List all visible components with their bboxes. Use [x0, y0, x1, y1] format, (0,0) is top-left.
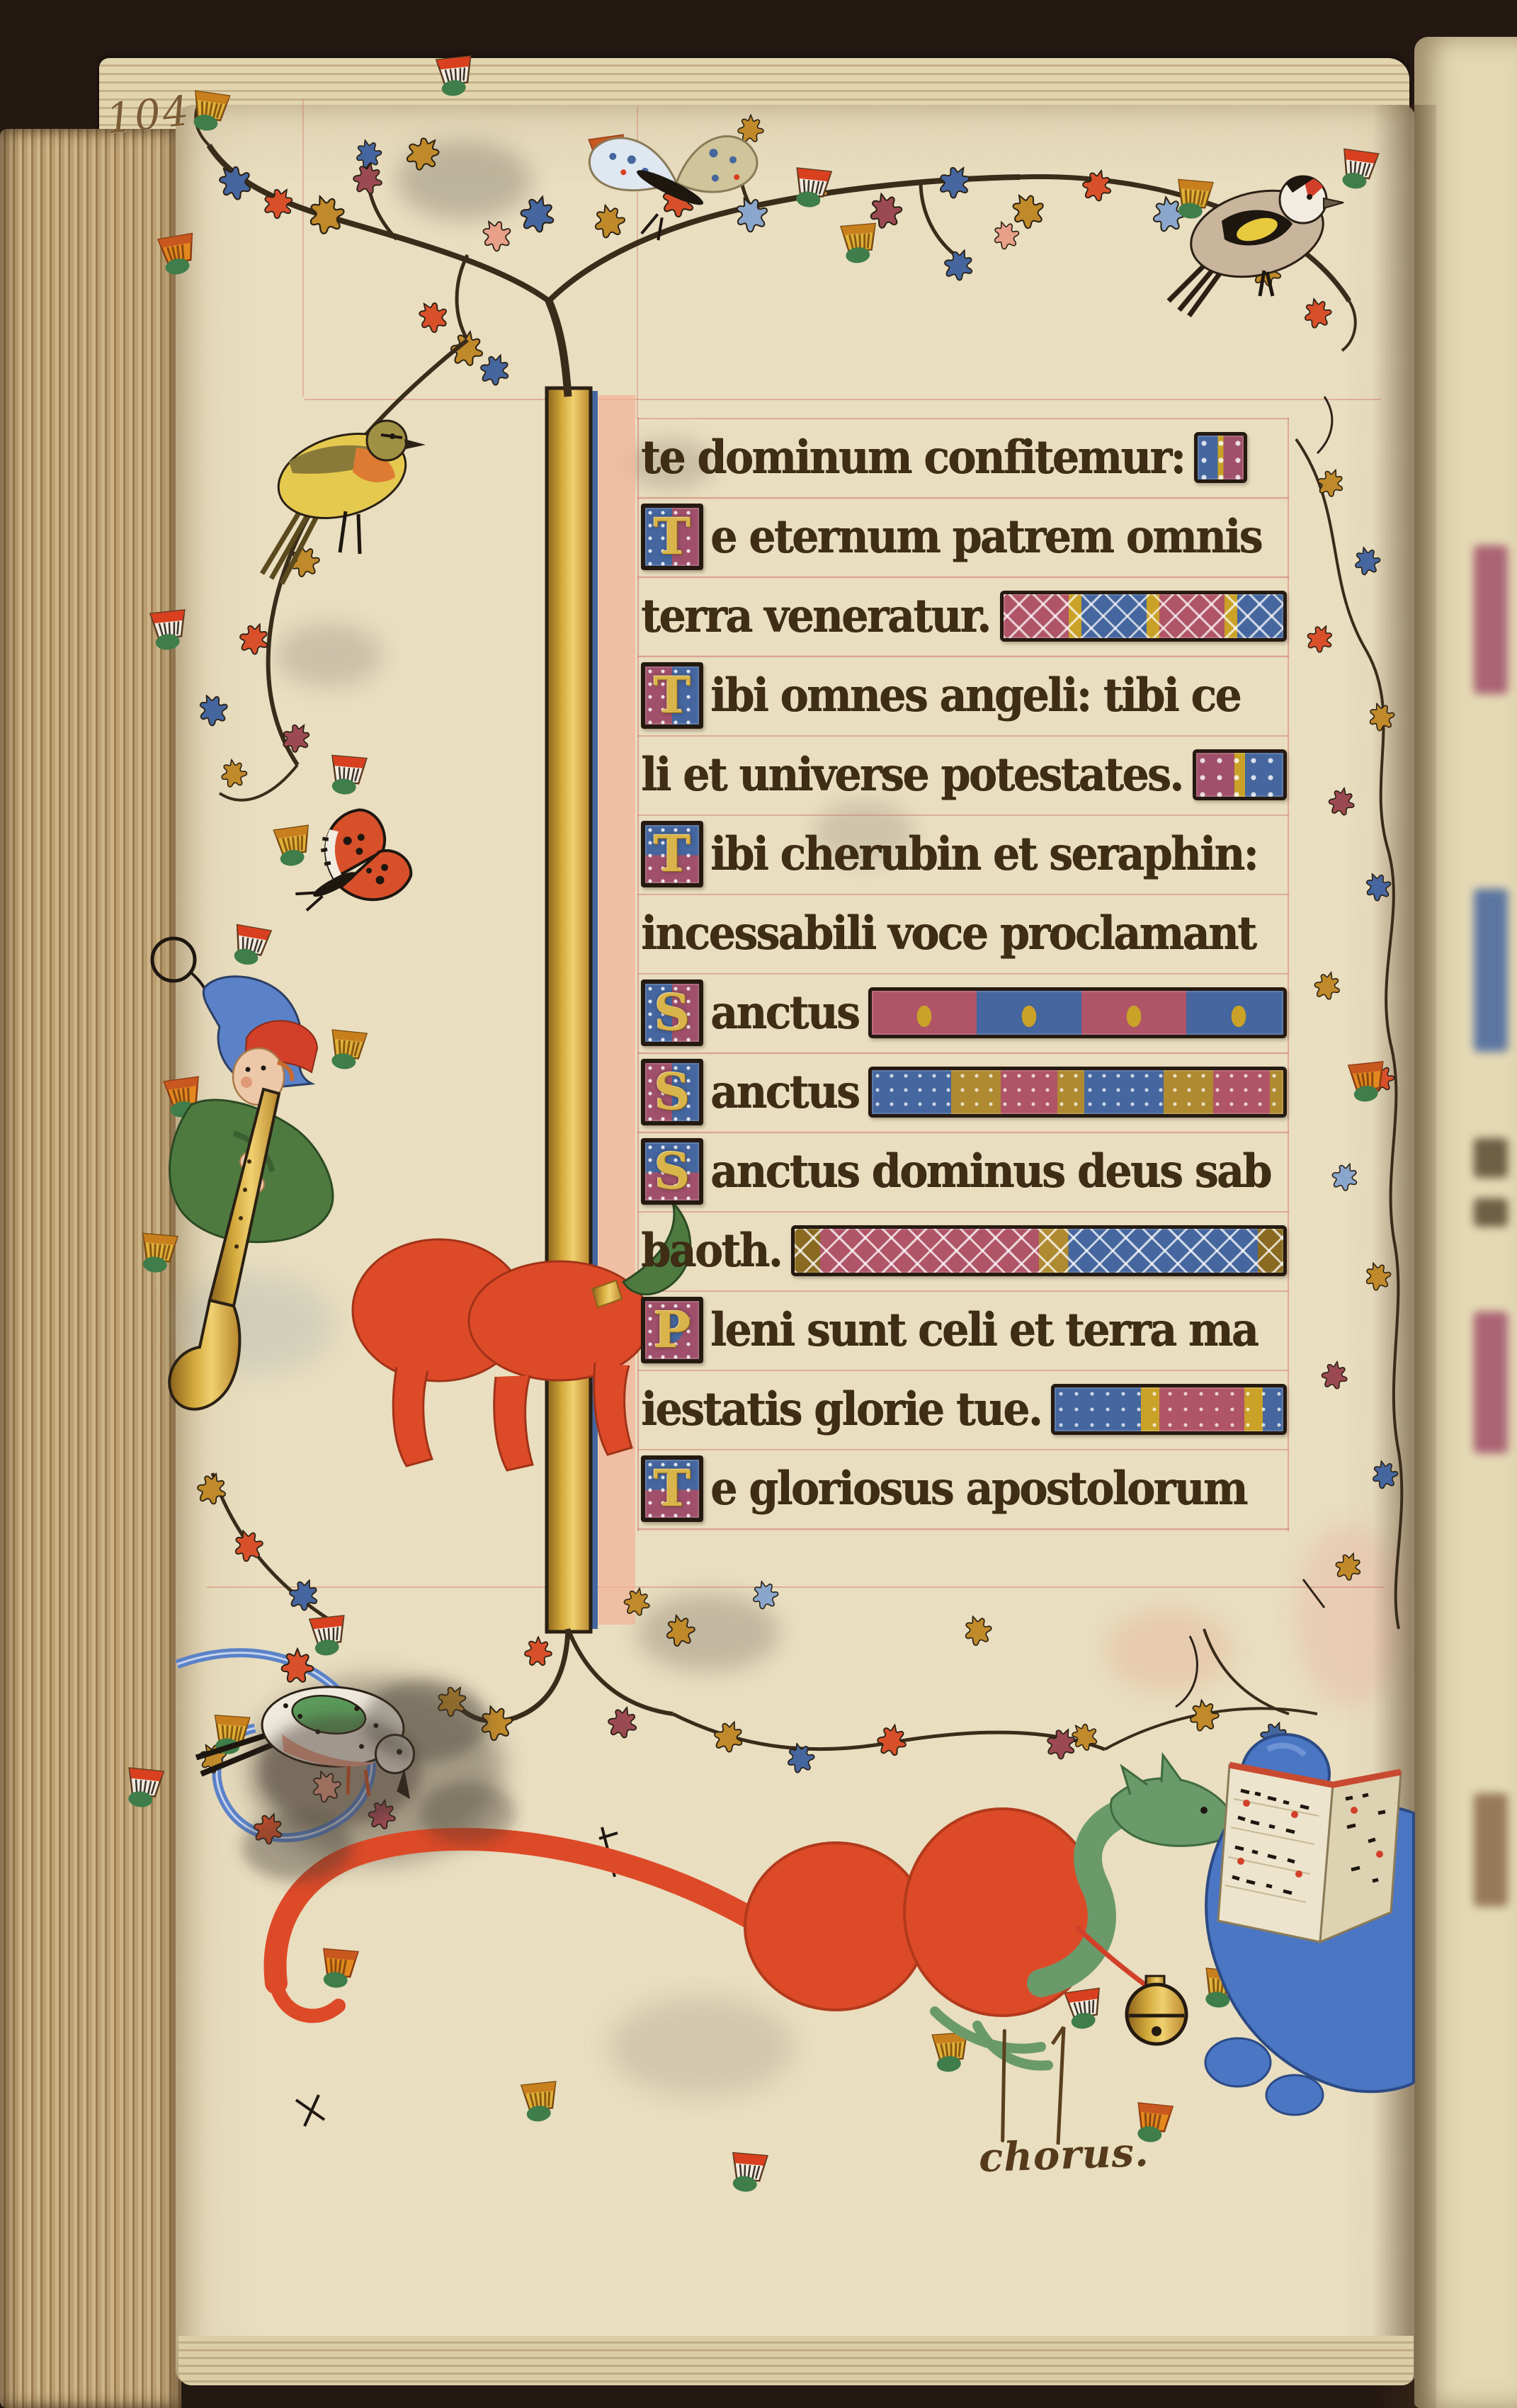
text-line: incessabili voce proclamant	[641, 894, 1287, 973]
illuminated-initial: T	[641, 504, 703, 570]
line-text: ibi cherubin et seraphin:	[710, 828, 1257, 881]
facing-text-blur	[1474, 1793, 1508, 1907]
line-text: e gloriosus apostolorum	[710, 1463, 1246, 1516]
text-line: T ibi omnes angeli: tibi ce	[641, 656, 1287, 735]
line-text: leni sunt celi et terra ma	[710, 1304, 1257, 1357]
text-line: iestatis glorie tue.	[641, 1370, 1287, 1449]
line-text: ibi omnes angeli: tibi ce	[710, 669, 1240, 722]
text-line: T ibi cherubin et seraphin:	[641, 814, 1287, 894]
facing-text-blur	[1474, 1138, 1508, 1178]
facing-initial-blur	[1474, 889, 1508, 1052]
folio-number: 104	[104, 86, 193, 143]
initial-letter: T	[654, 1460, 691, 1518]
line-filler	[791, 1225, 1287, 1276]
text-line: S anctus	[641, 1052, 1287, 1132]
initial-letter: T	[654, 825, 691, 883]
text-line: T e gloriosus apostolorum	[641, 1449, 1287, 1528]
line-filler	[1000, 591, 1287, 642]
initial-letter: S	[654, 984, 691, 1042]
text-line: S anctus dominus deus sab	[641, 1132, 1287, 1211]
initial-letter: S	[654, 1142, 691, 1200]
initial-letter: P	[654, 1301, 691, 1359]
line-filler	[1193, 749, 1287, 800]
illuminated-initial: T	[641, 662, 703, 729]
illuminated-initial: P	[641, 1297, 703, 1363]
text-line: T e eternum patrem omnis	[641, 497, 1287, 577]
catchword: chorus.	[978, 2129, 1150, 2181]
illuminated-initial: T	[641, 1455, 703, 1522]
line-filler	[1194, 432, 1247, 483]
page-bottom-edge	[178, 2336, 1414, 2385]
line-filler	[868, 987, 1287, 1038]
line-text: baoth.	[641, 1225, 781, 1278]
book-fore-edge	[0, 129, 181, 2408]
initial-letter: S	[654, 1063, 691, 1121]
illuminated-initial: S	[641, 979, 703, 1046]
line-text: iestatis glorie tue.	[641, 1383, 1041, 1436]
line-text: anctus	[710, 987, 858, 1040]
illuminated-initial: S	[641, 1138, 703, 1205]
line-filler	[868, 1067, 1287, 1118]
line-text: li et universe potestates.	[641, 749, 1183, 802]
te-deum-text-block: te dominum confitemur: T e eternum patre…	[641, 418, 1287, 1528]
illuminated-initial: T	[641, 821, 703, 887]
initial-letter: T	[654, 666, 691, 725]
line-text: anctus dominus deus sab	[710, 1145, 1271, 1198]
line-filler	[1051, 1384, 1287, 1435]
facing-text-blur	[1474, 1198, 1508, 1227]
line-text: te dominum confitemur:	[641, 431, 1184, 484]
text-line: baoth.	[641, 1211, 1287, 1290]
line-text: e eternum patrem omnis	[710, 511, 1261, 564]
line-text: anctus	[710, 1066, 858, 1119]
facing-initial-blur	[1474, 545, 1508, 694]
line-text: incessabili voce proclamant	[641, 907, 1255, 960]
text-line: S anctus	[641, 973, 1287, 1052]
initial-letter: T	[654, 508, 691, 566]
line-text: terra veneratur.	[641, 590, 990, 643]
text-line: P leni sunt celi et terra ma	[641, 1290, 1287, 1370]
facing-initial-blur	[1474, 1312, 1508, 1453]
manuscript-photo: { "folio": { "number": "104" }, "catchwo…	[0, 0, 1517, 2408]
text-line: terra veneratur.	[641, 577, 1287, 656]
illuminated-initial: S	[641, 1059, 703, 1125]
text-line: li et universe potestates.	[641, 735, 1287, 814]
text-line: te dominum confitemur:	[641, 418, 1287, 497]
gutter-shadow	[1373, 105, 1436, 2408]
